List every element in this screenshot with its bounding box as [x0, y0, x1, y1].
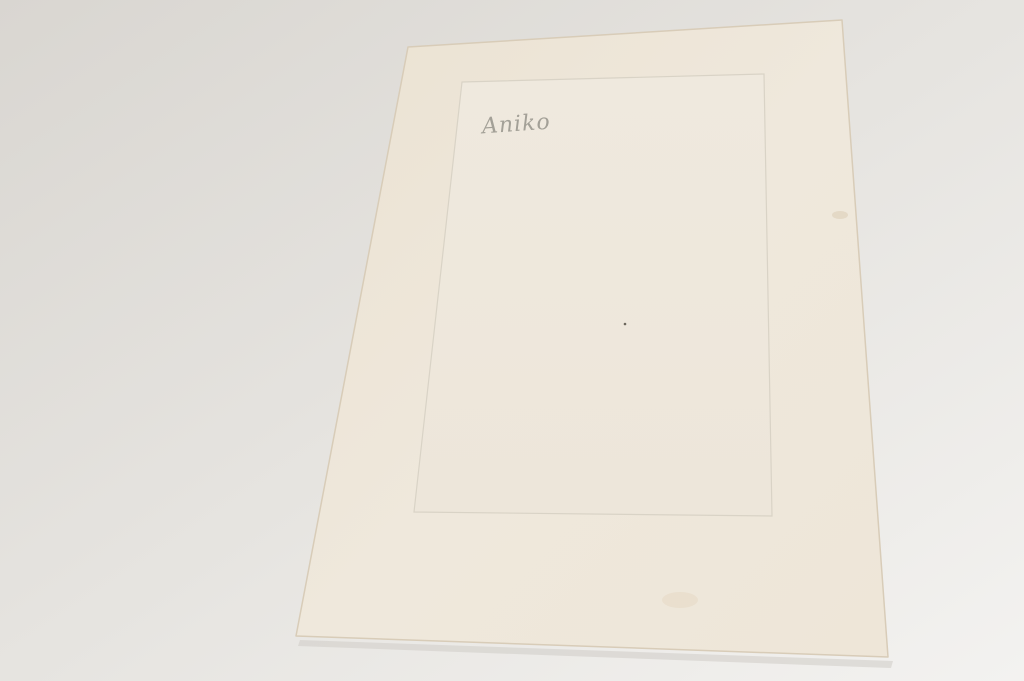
photo-scene: Aniko — [0, 0, 1024, 681]
ink-dot — [624, 323, 627, 326]
scene-graphic — [0, 0, 1024, 681]
handwritten-name: Aniko — [481, 110, 551, 140]
plate-mark — [414, 74, 772, 516]
stain — [662, 592, 698, 608]
stain — [832, 211, 848, 219]
